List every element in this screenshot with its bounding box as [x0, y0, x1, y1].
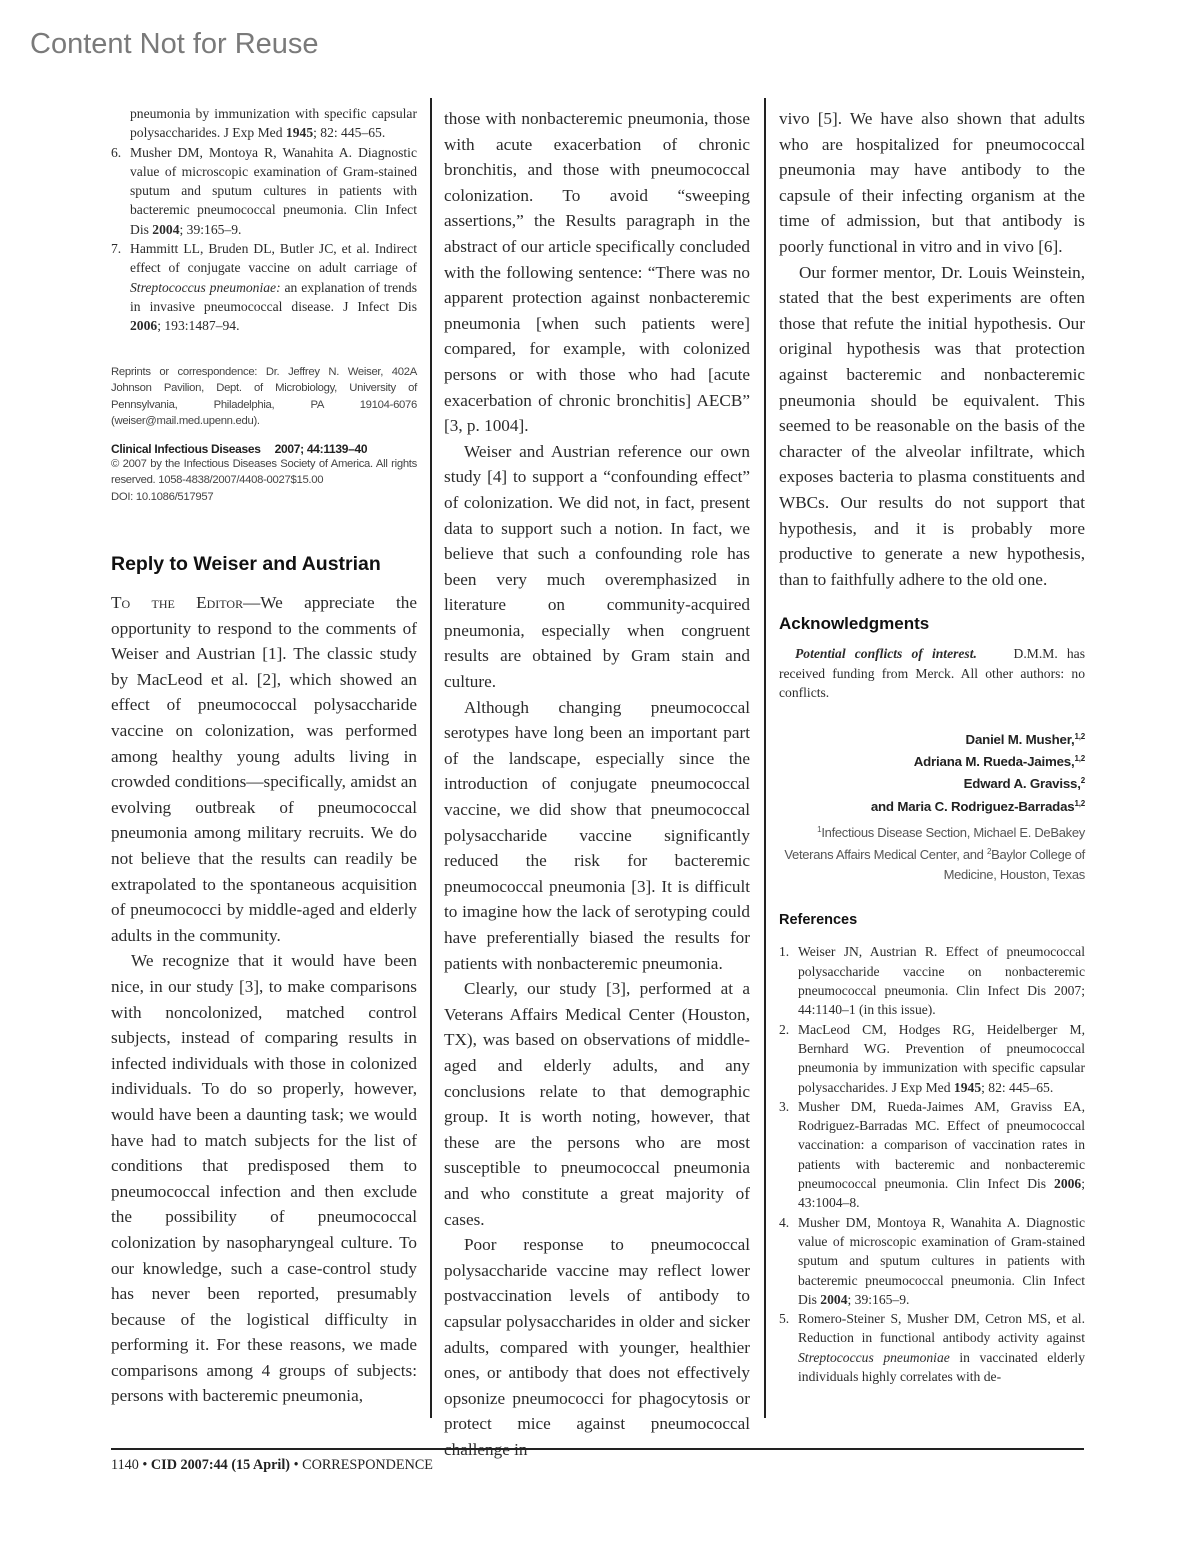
page-number: 1140: [111, 1457, 139, 1473]
conflicts-of-interest: Potential conflicts of interest. D.M.M. …: [779, 644, 1085, 703]
middle-column: those with nonbacteremic pneumonia, thos…: [444, 106, 750, 1462]
reference-item-3: 3.Musher DM, Rueda-Jaimes AM, Graviss EA…: [779, 1097, 1085, 1213]
author: Adriana M. Rueda-Jaimes,1,2: [779, 749, 1085, 771]
paragraph: vivo [5]. We have also shown that adults…: [779, 106, 1085, 260]
paragraph: Although changing pneumococcal serotypes…: [444, 695, 750, 977]
column-divider: [764, 98, 766, 1418]
references-list: 1.Weiser JN, Austrian R. Effect of pneum…: [779, 942, 1085, 1386]
previous-letter-references: pneumonia by immunization with specific …: [111, 104, 417, 336]
author: and Maria C. Rodriguez-Barradas1,2: [779, 794, 1085, 816]
paragraph: Weiser and Austrian reference our own st…: [444, 439, 750, 695]
author: Edward A. Graviss,2: [779, 771, 1085, 793]
paragraph: Our former mentor, Dr. Louis Weinstein, …: [779, 260, 1085, 593]
author: Daniel M. Musher,1,2: [779, 727, 1085, 749]
author-affiliation: 1Infectious Disease Section, Michael E. …: [779, 820, 1085, 885]
reference-item-1: 1.Weiser JN, Austrian R. Effect of pneum…: [779, 942, 1085, 1019]
reference-item-5-continued: pneumonia by immunization with specific …: [111, 104, 417, 143]
page-footer: 1140 • CID 2007:44 (15 April) • CORRESPO…: [111, 1457, 433, 1474]
paragraph: those with nonbacteremic pneumonia, thos…: [444, 106, 750, 439]
journal-citation: Clinical Infectious Diseases2007; 44:113…: [111, 442, 417, 456]
right-column: vivo [5]. We have also shown that adults…: [779, 106, 1085, 1386]
reference-item-2: 2.MacLeod CM, Hodges RG, Heidelberger M,…: [779, 1020, 1085, 1097]
paragraph: We recognize that it would have been nic…: [111, 948, 417, 1409]
paragraph: To the Editor—We appreciate the opportun…: [111, 590, 417, 948]
left-column: pneumonia by immunization with specific …: [111, 104, 417, 1409]
reference-item-4: 4.Musher DM, Montoya R, Wanahita A. Diag…: [779, 1213, 1085, 1309]
reference-item-6: 6.Musher DM, Montoya R, Wanahita A. Diag…: [111, 143, 417, 239]
column-divider: [430, 98, 432, 1418]
watermark: Content Not for Reuse: [30, 28, 319, 61]
author-list: Daniel M. Musher,1,2 Adriana M. Rueda-Ja…: [779, 727, 1085, 816]
paragraph: Poor response to pneumococcal polysaccha…: [444, 1232, 750, 1462]
references-heading: References: [779, 912, 1085, 928]
footer-rule: [111, 1448, 1084, 1450]
acknowledgments-heading: Acknowledgments: [779, 614, 1085, 634]
section-label: CORRESPONDENCE: [302, 1457, 433, 1473]
paragraph: Clearly, our study [3], performed at a V…: [444, 976, 750, 1232]
journal-issue: CID 2007:44 (15 April): [151, 1457, 290, 1473]
doi: DOI: 10.1086/517957: [111, 489, 417, 506]
correspondence-note: Reprints or correspondence: Dr. Jeffrey …: [111, 364, 417, 430]
reference-item-5: 5.Romero-Steiner S, Musher DM, Cetron MS…: [779, 1309, 1085, 1386]
reference-item-7: 7.Hammitt LL, Bruden DL, Butler JC, et a…: [111, 239, 417, 335]
copyright-note: © 2007 by the Infectious Diseases Societ…: [111, 456, 417, 489]
article-title: Reply to Weiser and Austrian: [111, 553, 417, 576]
